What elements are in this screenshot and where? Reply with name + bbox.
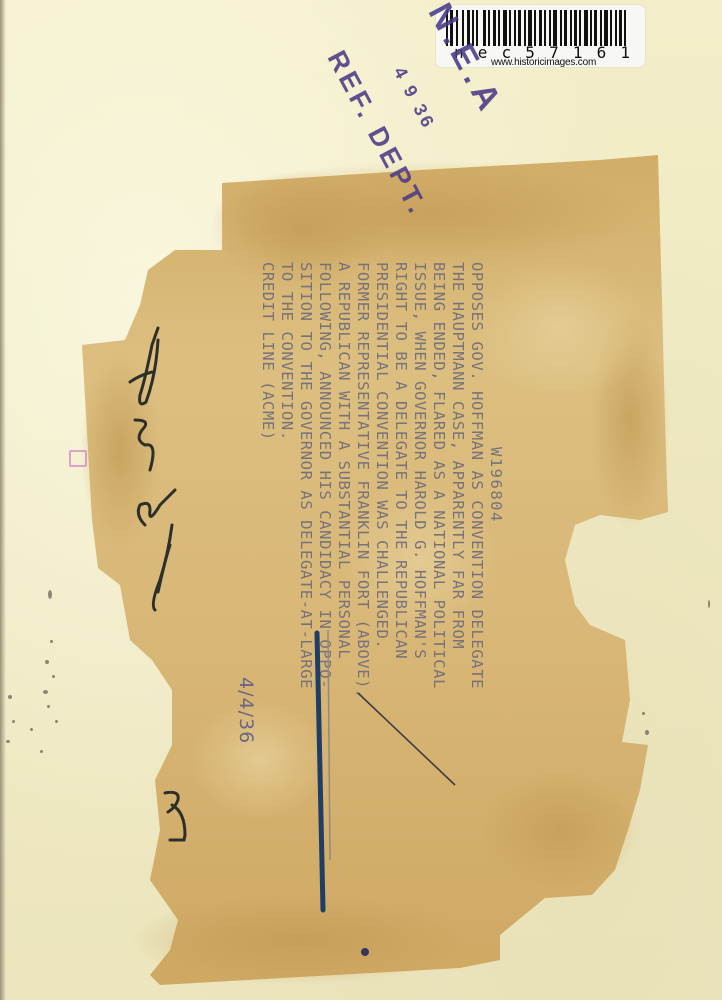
strike-line (317, 633, 323, 910)
pen-marks (0, 0, 722, 1000)
diagonal-pen-line (358, 693, 455, 785)
handwritten-note (130, 328, 175, 610)
ink-spot (361, 948, 369, 956)
handwritten-mark-bottom (165, 792, 185, 840)
pencil-line (328, 630, 330, 860)
